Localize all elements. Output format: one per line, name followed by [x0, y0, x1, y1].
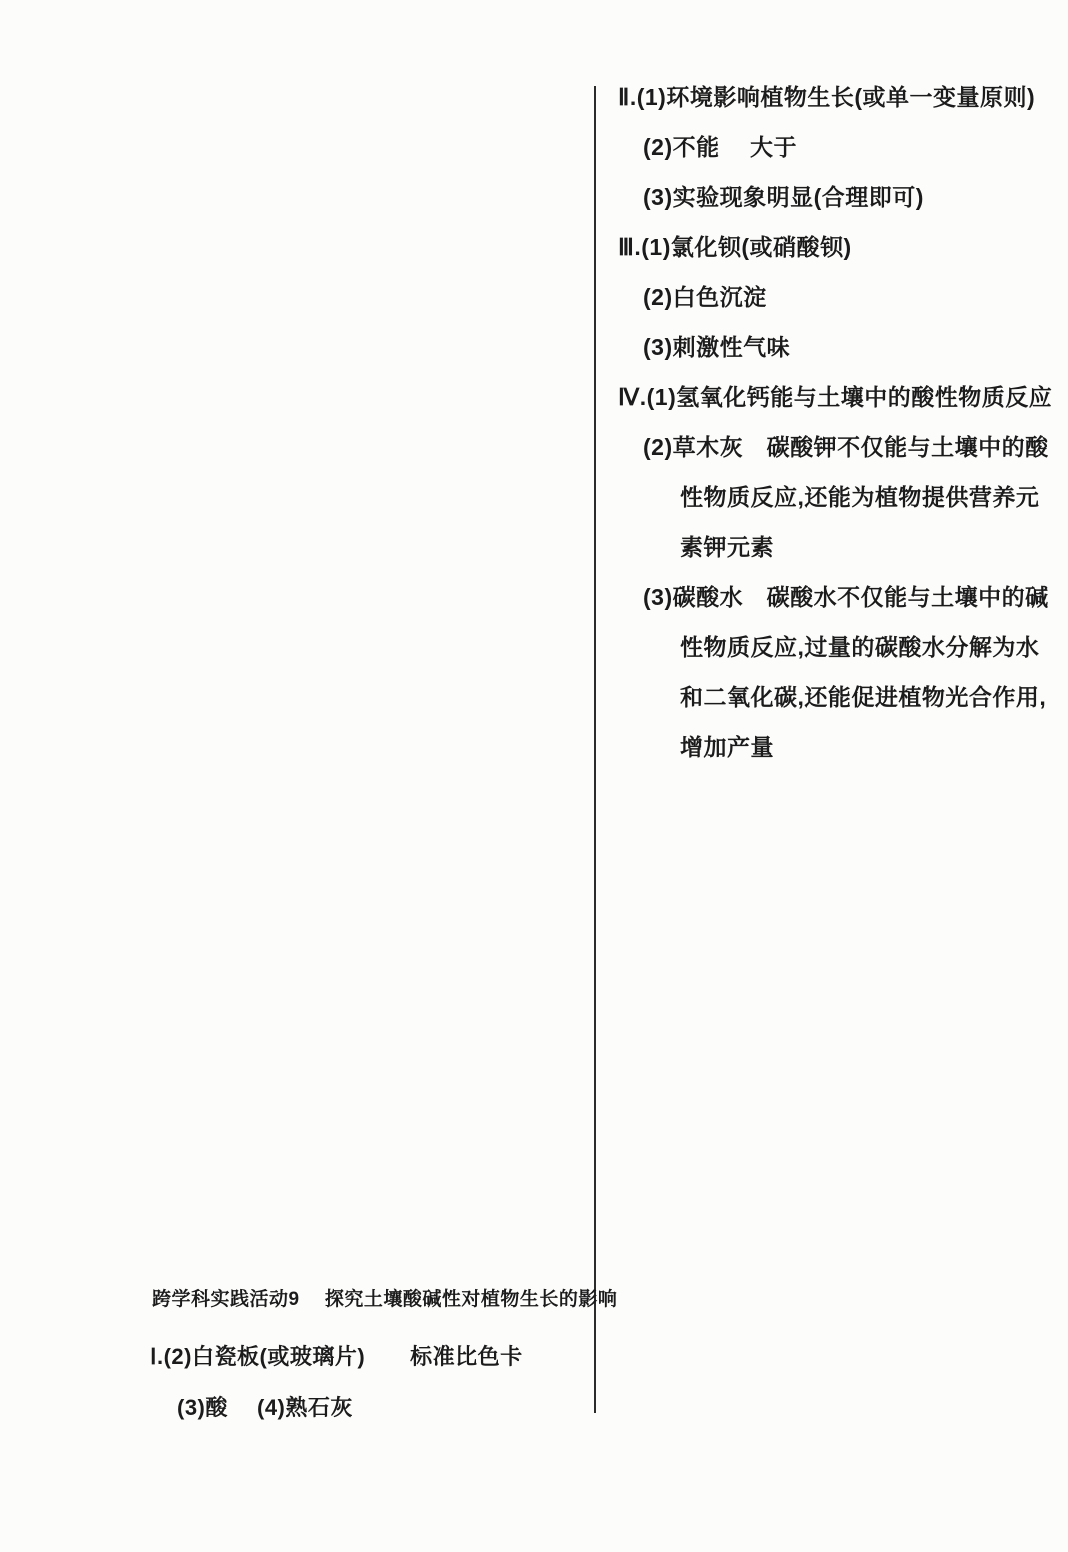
answer-I-3-4: (3)酸 (4)熟石灰: [177, 1391, 353, 1422]
answer-IV-2: (2)草木灰 碳酸钾不仅能与土壤中的酸: [618, 422, 1058, 472]
answer-key-page: Ⅱ.(1)环境影响植物生长(或单一变量原则) (2)不能 大于 (3)实验现象明…: [0, 0, 1068, 1552]
column-divider-line: [594, 86, 596, 1413]
answer-IV-3: (3)碳酸水 碳酸水不仅能与土壤中的碱: [618, 572, 1058, 622]
answer-IV-2-cont-2: 素钾元素: [618, 522, 1058, 572]
answer-IV-1: Ⅳ.(1)氢氧化钙能与土壤中的酸性物质反应: [618, 372, 1058, 422]
answer-I-2: Ⅰ.(2)白瓷板(或玻璃片) 标准比色卡: [150, 1340, 523, 1371]
answer-IV-3-cont-3: 增加产量: [618, 722, 1058, 772]
answer-IV-3-cont-2: 和二氧化碳,还能促进植物光合作用,: [618, 672, 1058, 722]
answer-III-2: (2)白色沉淀: [618, 272, 1058, 322]
answer-IV-2-cont-1: 性物质反应,还能为植物提供营养元: [618, 472, 1058, 522]
answer-III-3: (3)刺激性气味: [618, 322, 1058, 372]
activity-9-heading: 跨学科实践活动9 探究土壤酸碱性对植物生长的影响: [152, 1284, 617, 1311]
answer-II-2: (2)不能 大于: [618, 122, 1058, 172]
answer-II-1: Ⅱ.(1)环境影响植物生长(或单一变量原则): [618, 72, 1058, 122]
right-answer-column: Ⅱ.(1)环境影响植物生长(或单一变量原则) (2)不能 大于 (3)实验现象明…: [618, 72, 1058, 772]
answer-II-3: (3)实验现象明显(合理即可): [618, 172, 1058, 222]
answer-III-1: Ⅲ.(1)氯化钡(或硝酸钡): [618, 222, 1058, 272]
answer-IV-3-cont-1: 性物质反应,过量的碳酸水分解为水: [618, 622, 1058, 672]
